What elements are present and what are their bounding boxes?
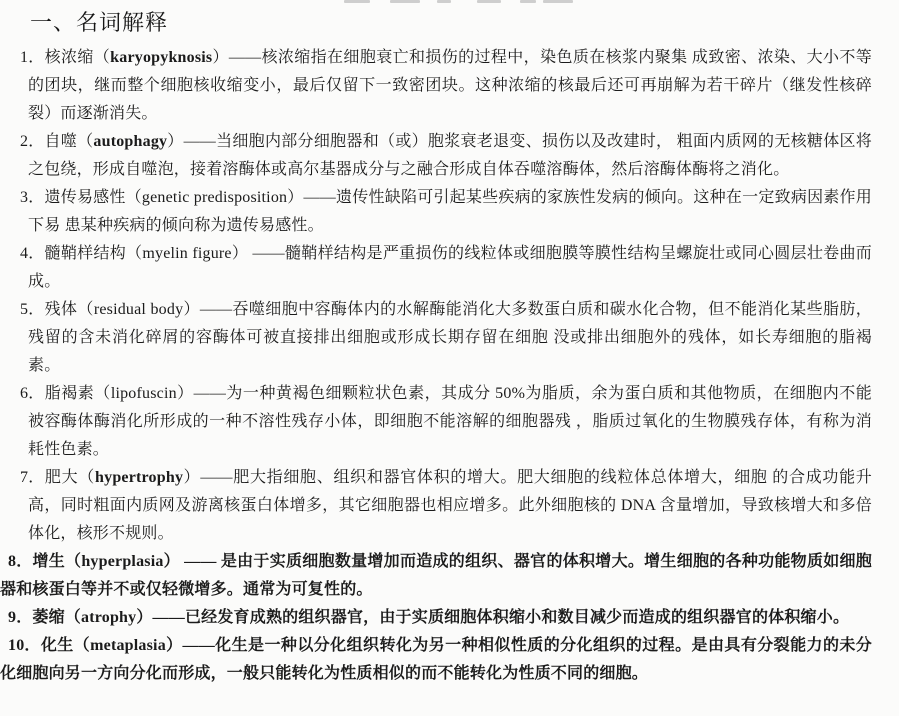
cut-off-title-artifact xyxy=(0,0,899,5)
item-number: 6． xyxy=(20,380,44,408)
definition-list: 1．核浓缩（karyopyknosis）——核浓缩指在细胞衰亡和损伤的过程中，染… xyxy=(0,44,872,688)
definition-item-9: 9．萎缩（atrophy）——已经发育成熟的组织器官，由于实质细胞体积缩小和数目… xyxy=(0,604,872,632)
term-english: atrophy xyxy=(81,609,136,626)
definition-text: ）——已经发育成熟的组织器官，由于实质细胞体积缩小和数目减少而造成的组织器官的体… xyxy=(136,609,849,626)
term-english: autophagy xyxy=(93,133,167,150)
term-english: metaplasia xyxy=(90,637,166,654)
term-chinese: 自噬（ xyxy=(44,133,93,150)
definition-item-3: 3．遗传易感性（genetic predisposition）——遗传性缺陷可引… xyxy=(0,184,872,240)
term-chinese: 肥大（ xyxy=(44,469,95,486)
term-chinese: 增生（ xyxy=(32,553,81,570)
item-number: 8． xyxy=(8,548,32,576)
definition-item-1: 1．核浓缩（karyopyknosis）——核浓缩指在细胞衰亡和损伤的过程中，染… xyxy=(0,44,872,128)
section-heading: 一、名词解释 xyxy=(30,8,872,38)
definition-item-6: 6．脂褐素（lipofuscin）——为一种黄褐色细颗粒状色素，其成分 50%为… xyxy=(0,380,872,464)
definition-item-2: 2．自噬（autophagy）——当细胞内部分细胞器和（或）胞浆衰老退变、损伤以… xyxy=(0,128,872,184)
term-chinese: 脂褐素（ xyxy=(44,385,110,402)
document-page: 一、名词解释 1．核浓缩（karyopyknosis）——核浓缩指在细胞衰亡和损… xyxy=(0,0,899,716)
term-english: hypertrophy xyxy=(95,469,183,486)
term-chinese: 核浓缩（ xyxy=(44,49,110,66)
term-chinese: 萎缩（ xyxy=(32,609,81,626)
definition-item-4: 4．髓鞘样结构（myelin figure） ——髓鞘样结构是严重损伤的线粒体或… xyxy=(0,240,872,296)
item-number: 3． xyxy=(20,184,44,212)
term-chinese: 髓鞘样结构（ xyxy=(44,245,142,262)
term-english: genetic predisposition xyxy=(142,189,287,206)
definition-item-10: 10．化生（metaplasia）——化生是一种以分化组织转化为另一种相似性质的… xyxy=(0,632,872,688)
item-number: 7． xyxy=(20,464,44,492)
definition-item-7: 7．肥大（hypertrophy）——肥大指细胞、组织和器官体积的增大。肥大细胞… xyxy=(0,464,872,548)
item-number: 4． xyxy=(20,240,44,268)
item-number: 1． xyxy=(20,44,44,72)
term-english: karyopyknosis xyxy=(110,49,212,66)
term-chinese: 遗传易感性（ xyxy=(44,189,142,206)
item-number: 2． xyxy=(20,128,44,156)
definition-item-8: 8．增生（hyperplasia） —— 是由于实质细胞数量增加而造成的组织、器… xyxy=(0,548,872,604)
term-english: residual body xyxy=(94,301,183,318)
term-english: myelin figure xyxy=(142,245,231,262)
definition-item-5: 5．残体（residual body）——吞噬细胞中容酶体内的水解酶能消化大多数… xyxy=(0,296,872,380)
item-number: 9． xyxy=(8,604,32,632)
term-english: hyperplasia xyxy=(81,553,163,570)
item-number: 10． xyxy=(8,632,41,660)
item-number: 5． xyxy=(20,296,44,324)
term-english: lipofuscin xyxy=(111,385,177,402)
term-chinese: 残体（ xyxy=(44,301,93,318)
term-chinese: 化生（ xyxy=(41,637,91,654)
